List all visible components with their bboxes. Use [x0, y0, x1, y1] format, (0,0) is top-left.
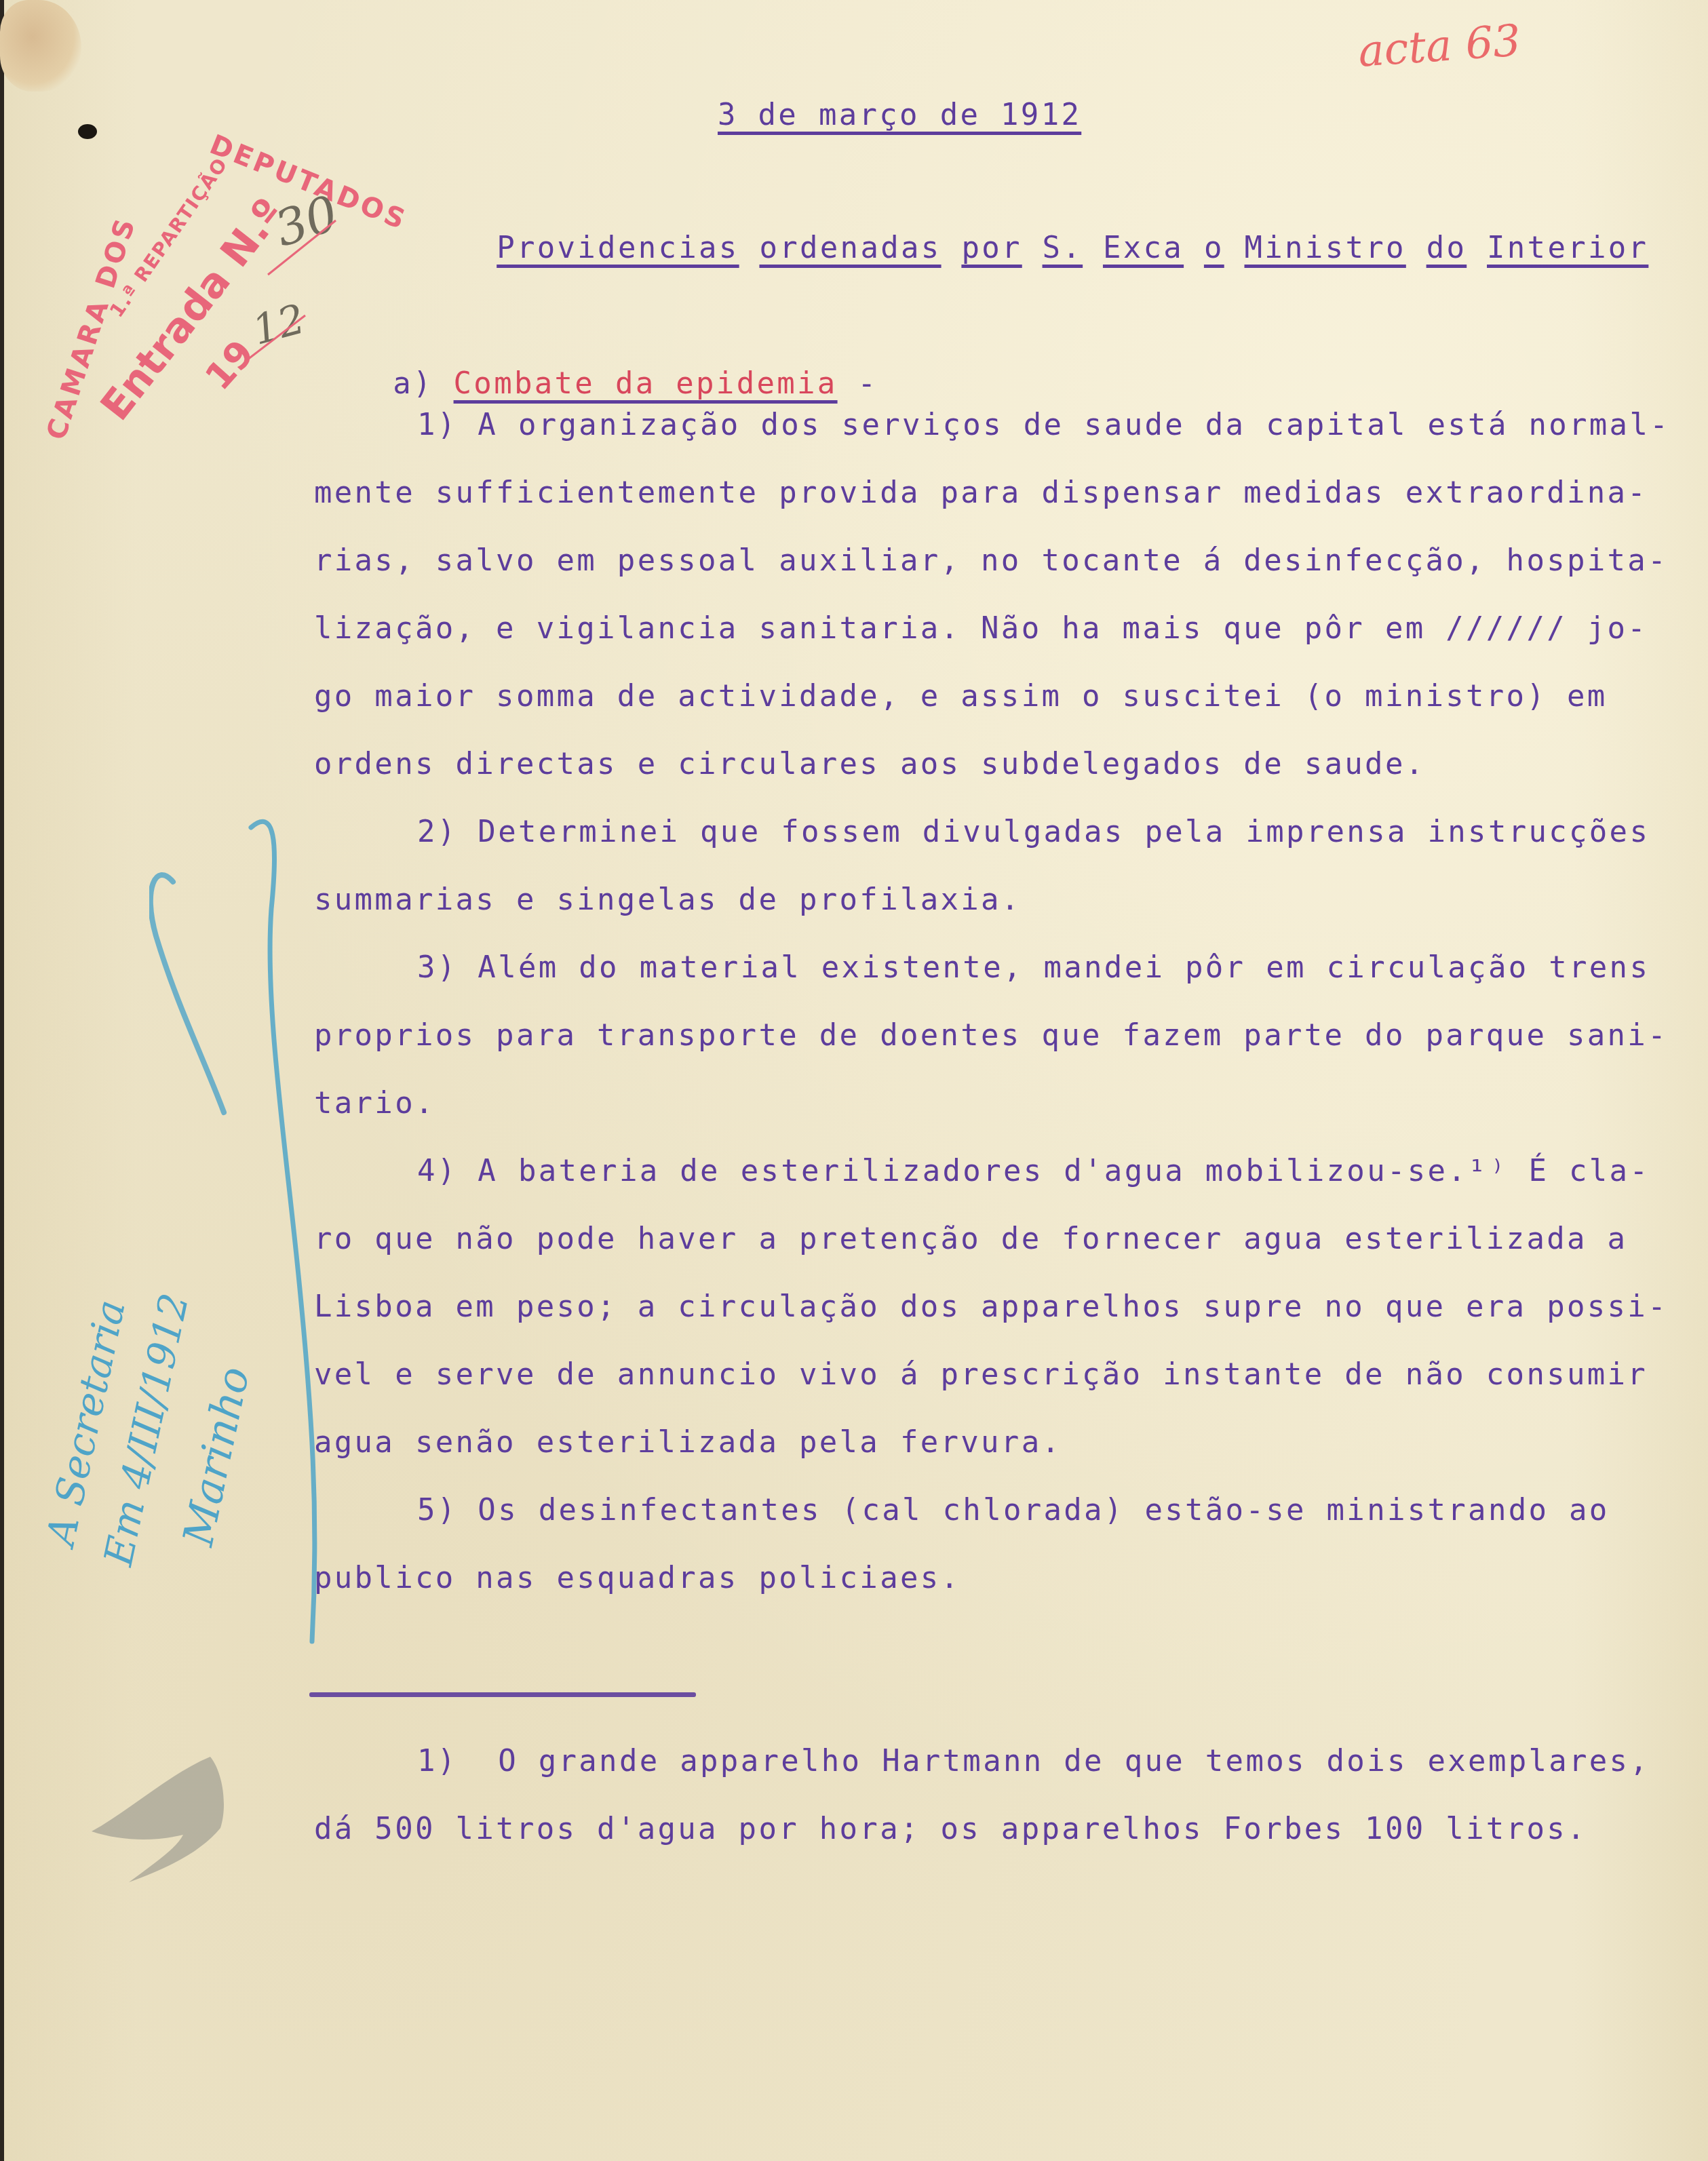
document-page: acta 63 CAMARA DOS DEPUTADOS 1.ª REPARTI…	[0, 0, 1708, 2161]
body-line: rias, salvo em pessoal auxiliar, no toca…	[314, 546, 1668, 576]
title-word: Ministro	[1245, 231, 1406, 265]
title-word: por	[961, 231, 1022, 265]
body-line: 5) Os desinfectantes (cal chlorada) estã…	[417, 1496, 1610, 1525]
body-line: tario.	[314, 1089, 435, 1118]
section-dash: -	[857, 366, 878, 401]
acta-annotation: acta 63	[1357, 16, 1522, 77]
body-line: publico nas esquadras policiaes.	[314, 1563, 960, 1593]
title-word: o	[1204, 231, 1224, 265]
title-word: Exca	[1103, 231, 1184, 265]
title-word: S.	[1043, 231, 1083, 265]
title-word: Interior	[1487, 231, 1648, 265]
title-word: Providencias	[497, 231, 739, 265]
body-line: 1) A organização dos serviços de saude d…	[417, 410, 1670, 440]
footnote-separator	[309, 1692, 696, 1697]
body-line: go maior somma de actividade, e assim o …	[314, 682, 1608, 712]
body-line: 3) Além do material existente, mandei pô…	[417, 953, 1650, 983]
body-line: ro que não pode haver a pretenção de for…	[314, 1224, 1627, 1254]
footnote-line: dá 500 litros d'agua por hora; os appare…	[314, 1814, 1587, 1844]
margin-signature-stroke	[149, 800, 326, 1682]
body-line: mente sufficientemente provida para disp…	[314, 478, 1648, 508]
body-line: vel e serve de annuncio vivo á prescriçã…	[314, 1360, 1648, 1390]
body-line: lização, e vigilancia sanitaria. Não ha …	[314, 614, 1648, 644]
title-word: ordenadas	[759, 231, 941, 265]
body-line: Lisboa em peso; a circulação dos apparel…	[314, 1292, 1668, 1322]
body-line: ordens directas e circulares aos subdele…	[314, 749, 1425, 779]
document-date: 3 de março de 1912	[718, 100, 1081, 130]
body-line: summarias e singelas de profilaxia.	[314, 885, 1022, 915]
title-word: do	[1426, 231, 1467, 265]
document-title: Providencias ordenadas por S. Exca o Min…	[416, 203, 1648, 293]
section-marker: a)	[393, 366, 433, 401]
section-heading-text: Combate da epidemia	[454, 366, 838, 401]
footnote-line: 1) O grande apparelho Hartmann de que te…	[417, 1747, 1650, 1776]
body-line: 4) A bateria de esterilizadores d'agua m…	[417, 1156, 1650, 1186]
body-line: agua senão esterilizada pela fervura.	[314, 1428, 1062, 1458]
ink-smudge	[88, 1747, 231, 1882]
body-line: proprios para transporte de doentes que …	[314, 1021, 1668, 1051]
body-line: 2) Determinei que fossem divulgadas pela…	[417, 817, 1650, 847]
